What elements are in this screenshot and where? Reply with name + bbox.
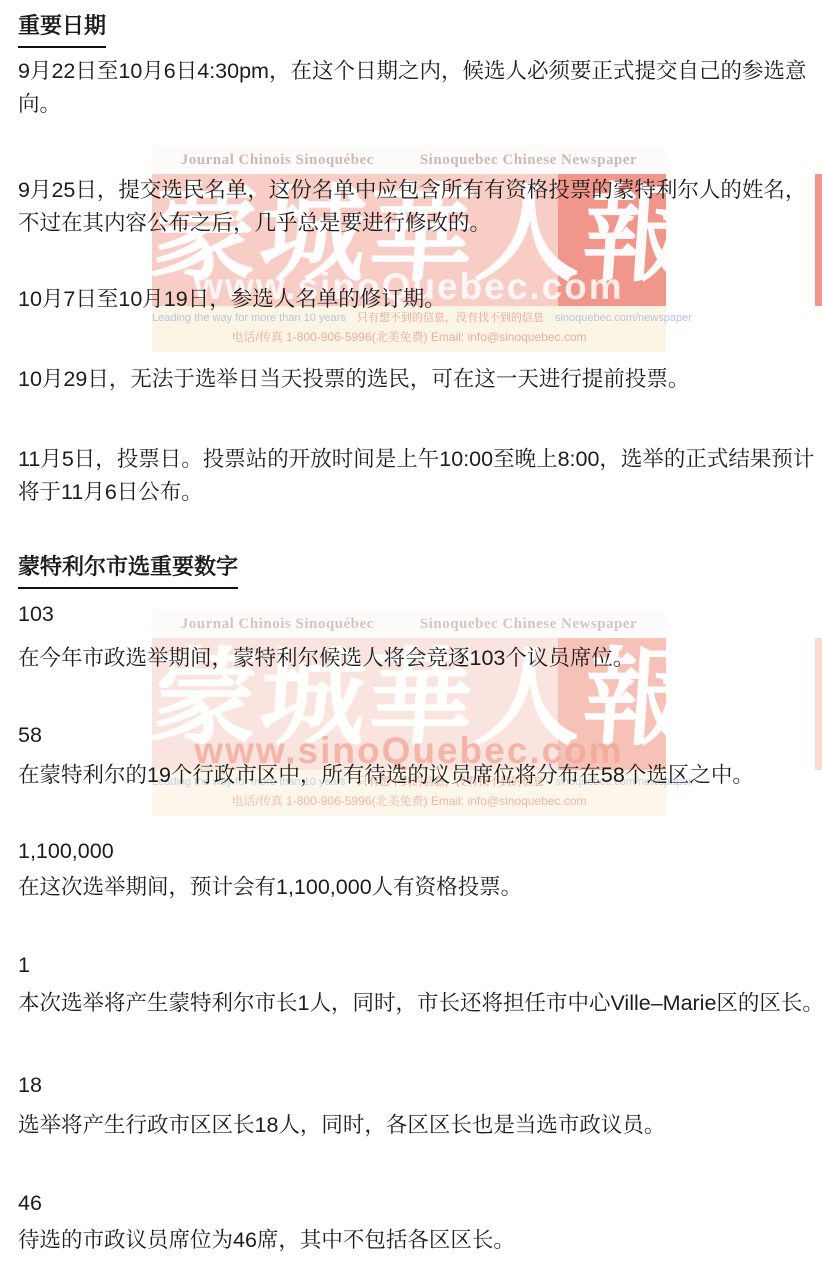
watermark-edge-strip-1 [815, 174, 822, 306]
paragraph-oct29-advance-voting: 10月29日，无法于选举日当天投票的选民，可在这一天进行提前投票。 [18, 363, 810, 396]
paragraph-line: 将于11月6日公布。 [18, 476, 810, 509]
paragraph-line: 在今年市政选举期间，蒙特利尔候选人将会竞逐103个议员席位。 [18, 642, 810, 675]
stat-desc-18: 选举将产生行政市区区长18人，同时，各区区长也是当选市政议员。 [18, 1109, 810, 1142]
paragraph-line: 向。 [18, 88, 810, 121]
paragraph-line: 在蒙特利尔的19个行政市区中，所有待选的议员席位将分布在58个选区之中。 [18, 759, 810, 792]
section-heading-key-numbers: 蒙特利尔市选重要数字 [18, 553, 810, 589]
stat-desc-58: 在蒙特利尔的19个行政市区中，所有待选的议员席位将分布在58个选区之中。 [18, 759, 810, 792]
heading-text: 蒙特利尔市选重要数字 [18, 553, 238, 589]
watermark-header-right: Sinoquebec Chinese Newspaper [420, 152, 637, 169]
paragraph-line: 10月7日至10月19日，参选人名单的修订期。 [18, 283, 810, 316]
stat-number-18: 18 [18, 1069, 810, 1102]
paragraph-line: 本次选举将产生蒙特利尔市长1人，同时，市长还将担任市中心Ville–Marie区… [18, 987, 810, 1020]
stat-desc-1: 本次选举将产生蒙特利尔市长1人，同时，市长还将担任市中心Ville–Marie区… [18, 987, 810, 1020]
watermark-contact-line: 电话/传真 1-800-906-5996(北美免费) Email: info@s… [152, 791, 666, 811]
stat-desc-46: 待选的市政议员席位为46席，其中不包括各区区长。 [18, 1224, 810, 1257]
paragraph-line: 在这次选举期间，预计会有1,100,000人有资格投票。 [18, 871, 810, 904]
stat-number-1100000: 1,100,000 [18, 835, 810, 868]
paragraph-sept22-deadline: 9月22日至10月6日4:30pm，在这个日期之内，候选人必须要正式提交自己的参… [18, 55, 810, 121]
paragraph-oct7-revision-period: 10月7日至10月19日，参选人名单的修订期。 [18, 283, 810, 316]
stat-number-1: 1 [18, 949, 810, 982]
heading-text: 重要日期 [18, 12, 106, 48]
section-heading-important-dates: 重要日期 [18, 12, 810, 48]
paragraph-line: 10月29日，无法于选举日当天投票的选民，可在这一天进行提前投票。 [18, 363, 810, 396]
watermark-header: Journal Chinois Sinoquébec Sinoquebec Ch… [152, 146, 666, 174]
paragraph-nov5-election-day: 11月5日，投票日。投票站的开放时间是上午10:00至晚上8:00，选举的正式结… [18, 443, 810, 509]
stat-number-58: 58 [18, 719, 810, 752]
watermark-contact-line: 电话/传真 1-800-906-5996(北美免费) Email: info@s… [152, 327, 666, 347]
paragraph-line: 9月22日至10月6日4:30pm，在这个日期之内，候选人必须要正式提交自己的参… [18, 55, 810, 88]
watermark-edge-strip-2 [815, 638, 822, 770]
paragraph-sept25-voter-list: 9月25日，提交选民名单，这份名单中应包含所有有资格投票的蒙特利尔人的姓名， 不… [18, 174, 810, 240]
watermark-header-left: Journal Chinois Sinoquébec [181, 152, 374, 169]
stat-desc-103: 在今年市政选举期间，蒙特利尔候选人将会竞逐103个议员席位。 [18, 642, 810, 675]
paragraph-line: 11月5日，投票日。投票站的开放时间是上午10:00至晚上8:00，选举的正式结… [18, 443, 810, 476]
stat-number-103: 103 [18, 598, 810, 631]
article-page: Journal Chinois Sinoquébec Sinoquebec Ch… [0, 0, 822, 1265]
paragraph-line: 选举将产生行政市区区长18人，同时，各区区长也是当选市政议员。 [18, 1109, 810, 1142]
stat-number-46: 46 [18, 1187, 810, 1220]
paragraph-line: 待选的市政议员席位为46席，其中不包括各区区长。 [18, 1224, 810, 1257]
paragraph-line: 9月25日，提交选民名单，这份名单中应包含所有有资格投票的蒙特利尔人的姓名， [18, 174, 810, 207]
stat-desc-1100000: 在这次选举期间，预计会有1,100,000人有资格投票。 [18, 871, 810, 904]
paragraph-line: 不过在其内容公布之后，几乎总是要进行修改的。 [18, 207, 810, 240]
